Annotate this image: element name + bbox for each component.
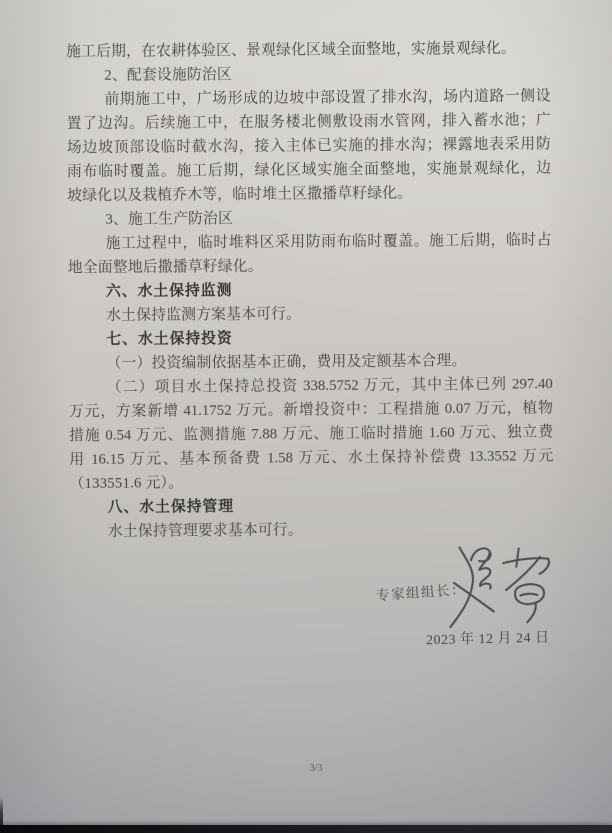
photo-edge-bottom [0, 825, 612, 833]
text-line: 施工后期，在农耕体验区、景观绿化区域全面整地，实施景观绿化。 [66, 36, 550, 64]
paper-page: 施工后期，在农耕体验区、景观绿化区域全面整地，实施景观绿化。2、配套设施防治区前… [0, 0, 612, 833]
document-photo: 施工后期，在农耕体验区、景观绿化区域全面整地，实施景观绿化。2、配套设施防治区前… [0, 0, 612, 833]
text-line: 雨布临时覆盖。施工后期，绿化区域实施全面整地，实施景观绿化，边 [67, 156, 551, 184]
signature-date: 2023 年 12 月 24 日 [426, 627, 550, 650]
signature-handwriting [444, 535, 571, 639]
page-number: 3/3 [286, 763, 346, 774]
text-line: 施工过程中，临时堆料区采用防雨布临时覆盖。施工后期，临时占 [68, 228, 552, 256]
text-line: 用 16.15 万元、基本预备费 1.58 万元、水土保持补偿费 13.3552… [69, 444, 553, 472]
document-body: 施工后期，在农耕体验区、景观绿化区域全面整地，实施景观绿化。2、配套设施防治区前… [66, 36, 554, 544]
